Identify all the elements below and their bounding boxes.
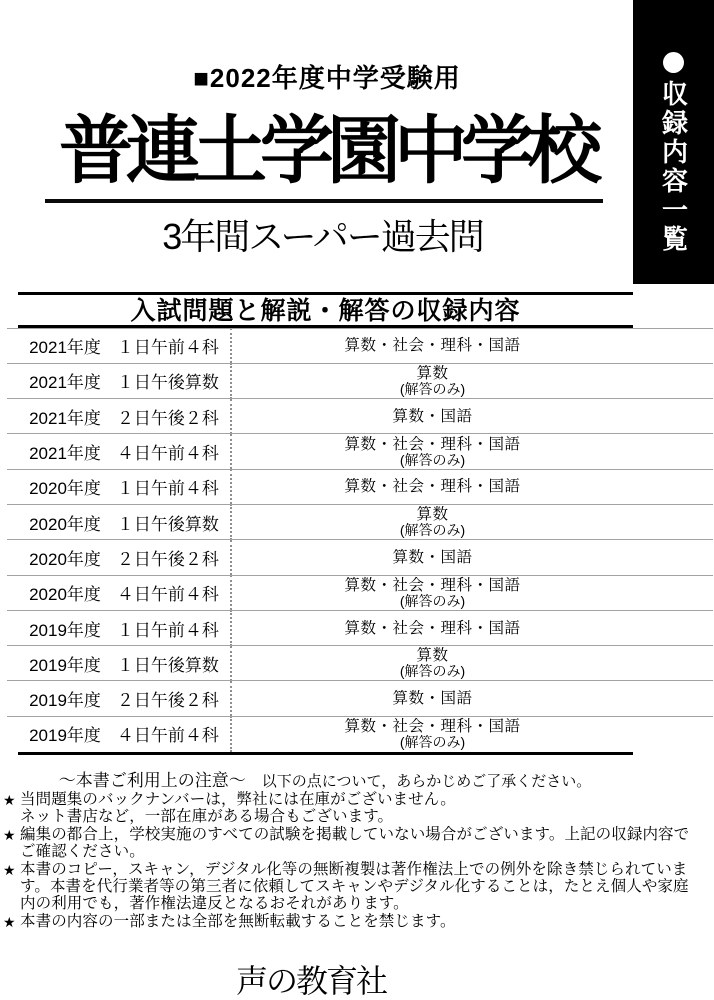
exam-year: 2021年度: [29, 333, 101, 358]
exam-year: 2019年度: [29, 721, 101, 746]
answer-only-note: (解答のみ): [400, 664, 465, 679]
exam-session: １日午後算数: [117, 510, 219, 535]
exam-year: 2020年度: [29, 474, 101, 499]
table-row: 2021年度 １日午後算数 算数 (解答のみ): [18, 363, 633, 398]
subjects-text: 算数: [416, 506, 448, 523]
subjects-cell: 算数・社会・理科・国語 (解答のみ): [232, 716, 633, 751]
note-line: 当問題集のバックナンバーは，弊社には在庫がございません。: [20, 791, 713, 808]
exam-session-cell: 2019年度 ４日午前４科: [18, 716, 232, 751]
table-row: 2021年度 １日午前４科 算数・社会・理科・国語: [18, 328, 633, 363]
exam-session-cell: 2021年度 ４日午前４科: [18, 434, 232, 469]
subjects-text: 算数・国語: [392, 549, 472, 566]
subjects-cell: 算数・社会・理科・国語 (解答のみ): [232, 434, 633, 469]
exam-year: 2021年度: [29, 439, 101, 464]
table-row: 2019年度 １日午前４科 算数・社会・理科・国語: [18, 610, 633, 645]
subjects-cell: 算数・社会・理科・国語: [232, 610, 633, 645]
exam-year: 2020年度: [29, 545, 101, 570]
subjects-text: 算数・社会・理科・国語: [344, 718, 520, 735]
exam-year: 2019年度: [29, 651, 101, 676]
exam-session-cell: 2020年度 １日午前４科: [18, 469, 232, 504]
note-item: ★ 編集の都合上，学校実施のすべての試験を掲載していない場合がございます。上記の…: [3, 826, 713, 861]
subjects-text: 算数: [416, 647, 448, 664]
note-line: 本書のコピー，スキャン，デジタル化等の無断複製は著作権法上での例外を除き禁じられ…: [20, 861, 713, 878]
table-row: 2020年度 ２日午後２科 算数・国語: [18, 540, 633, 575]
exam-year: 2019年度: [29, 686, 101, 711]
star-icon: ★: [3, 862, 16, 879]
book-cover-page: 収録内容一覧 ■2022年度中学受験用 普連土学園中学校 3年間スーパー過去問 …: [0, 0, 714, 1000]
subjects-cell: 算数 (解答のみ): [232, 646, 633, 681]
note-line: 編集の都合上，学校実施のすべての試験を掲載していない場合がございます。上記の収録…: [20, 826, 713, 843]
note-line: ご確認ください。: [20, 843, 713, 860]
exam-session-cell: 2021年度 １日午後算数: [18, 363, 232, 398]
exam-session-cell: 2020年度 ４日午前４科: [18, 575, 232, 610]
note-line: ネット書店など，一部在庫がある場合もございます。: [20, 808, 713, 825]
table-row: 2019年度 ４日午前４科 算数・社会・理科・国語 (解答のみ): [18, 716, 633, 751]
exam-year: 2021年度: [29, 368, 101, 393]
table-row: 2021年度 ２日午後２科 算数・国語: [18, 399, 633, 434]
exam-session: ２日午後２科: [117, 686, 219, 711]
subjects-cell: 算数・国語: [232, 681, 633, 716]
table-row: 2021年度 ４日午前４科 算数・社会・理科・国語 (解答のみ): [18, 434, 633, 469]
star-icon: ★: [3, 827, 16, 844]
exam-year: 2019年度: [29, 616, 101, 641]
exam-session: １日午後算数: [117, 651, 219, 676]
exam-session: ４日午前４科: [117, 439, 219, 464]
edition-label: ■2022年度中学受験用: [0, 58, 654, 95]
note-item: ★ 本書のコピー，スキャン，デジタル化等の無断複製は著作権法上での例外を除き禁じ…: [3, 861, 713, 913]
table-row: 2020年度 １日午前４科 算数・社会・理科・国語: [18, 469, 633, 504]
usage-notice-heading: ～本書ご利用上の注意～以下の点について，あらかじめご了承ください。: [0, 771, 650, 791]
subjects-text: 算数・社会・理科・国語: [344, 478, 520, 495]
note-item: ★ 本書の内容の一部または全部を無断転載することを禁じます。: [3, 913, 713, 930]
notes-list: ★ 当問題集のバックナンバーは，弊社には在庫がございません。 ネット書店など，一…: [3, 791, 713, 930]
table-row: 2019年度 ２日午後２科 算数・国語: [18, 681, 633, 716]
exam-session: ２日午後２科: [117, 404, 219, 429]
subjects-cell: 算数・国語: [232, 540, 633, 575]
subjects-cell: 算数 (解答のみ): [232, 504, 633, 539]
answer-only-note: (解答のみ): [400, 382, 465, 397]
table-title: 入試問題と解説・解答の収録内容: [18, 295, 633, 328]
exam-session-cell: 2020年度 １日午後算数: [18, 504, 232, 539]
subjects-text: 算数・社会・理科・国語: [344, 337, 520, 354]
subjects-cell: 算数・社会・理科・国語 (解答のみ): [232, 575, 633, 610]
exam-session: ４日午前４科: [117, 721, 219, 746]
exam-session-cell: 2021年度 １日午前４科: [18, 328, 232, 363]
subjects-text: 算数・国語: [392, 690, 472, 707]
subjects-text: 算数・国語: [392, 408, 472, 425]
subjects-text: 算数・社会・理科・国語: [344, 577, 520, 594]
note-line: 内の利用でも，著作権法違反となるおそれがあります。: [20, 895, 713, 912]
exam-session: １日午前４科: [117, 474, 219, 499]
answer-only-note: (解答のみ): [400, 453, 465, 468]
note-line: す。本書を代行業者等の第三者に依頼してスキャンやデジタル化することは，たとえ個人…: [20, 878, 713, 895]
note-item: ★ 当問題集のバックナンバーは，弊社には在庫がございません。 ネット書店など，一…: [3, 791, 713, 826]
exam-session: １日午前４科: [117, 616, 219, 641]
subjects-text: 算数: [416, 365, 448, 382]
school-title: 普連土学園中学校: [20, 104, 634, 198]
title-rule: [45, 199, 603, 203]
notice-title: ～本書ご利用上の注意～: [59, 771, 246, 790]
exam-session-cell: 2019年度 ２日午後２科: [18, 681, 232, 716]
table-row: 2020年度 ４日午前４科 算数・社会・理科・国語 (解答のみ): [18, 575, 633, 610]
subjects-cell: 算数・社会・理科・国語: [232, 328, 633, 363]
notice-lead: 以下の点について，あらかじめご了承ください。: [262, 773, 591, 790]
bullet-icon: [663, 52, 684, 73]
contents-table: 入試問題と解説・解答の収録内容 2021年度 １日午前４科 算数・社会・理科・国…: [18, 292, 633, 755]
answer-only-note: (解答のみ): [400, 594, 465, 609]
exam-session: １日午後算数: [117, 368, 219, 393]
exam-session-cell: 2020年度 ２日午後２科: [18, 540, 232, 575]
exam-session-cell: 2021年度 ２日午後２科: [18, 399, 232, 434]
exam-year: 2020年度: [29, 580, 101, 605]
exam-session: ２日午後２科: [117, 545, 219, 570]
publisher-logo: 声の教育社: [0, 956, 622, 1000]
star-icon: ★: [3, 792, 16, 809]
exam-year: 2020年度: [29, 510, 101, 535]
exam-year: 2021年度: [29, 404, 101, 429]
subjects-cell: 算数 (解答のみ): [232, 363, 633, 398]
table-row: 2020年度 １日午後算数 算数 (解答のみ): [18, 504, 633, 539]
answer-only-note: (解答のみ): [400, 735, 465, 750]
subjects-text: 算数・社会・理科・国語: [344, 620, 520, 637]
note-line: 本書の内容の一部または全部を無断転載することを禁じます。: [20, 913, 713, 930]
subjects-cell: 算数・国語: [232, 399, 633, 434]
spine-bar: 収録内容一覧: [633, 0, 714, 284]
star-icon: ★: [3, 914, 16, 931]
exam-session-cell: 2019年度 １日午前４科: [18, 610, 232, 645]
spine-label: 収録内容一覧: [661, 80, 687, 254]
answer-only-note: (解答のみ): [400, 523, 465, 538]
exam-session: ４日午前４科: [117, 580, 219, 605]
subjects-cell: 算数・社会・理科・国語: [232, 469, 633, 504]
exam-session: １日午前４科: [117, 333, 219, 358]
subjects-text: 算数・社会・理科・国語: [344, 436, 520, 453]
exam-session-cell: 2019年度 １日午後算数: [18, 646, 232, 681]
table-row: 2019年度 １日午後算数 算数 (解答のみ): [18, 646, 633, 681]
series-subtitle: 3年間スーパー過去問: [0, 213, 645, 261]
